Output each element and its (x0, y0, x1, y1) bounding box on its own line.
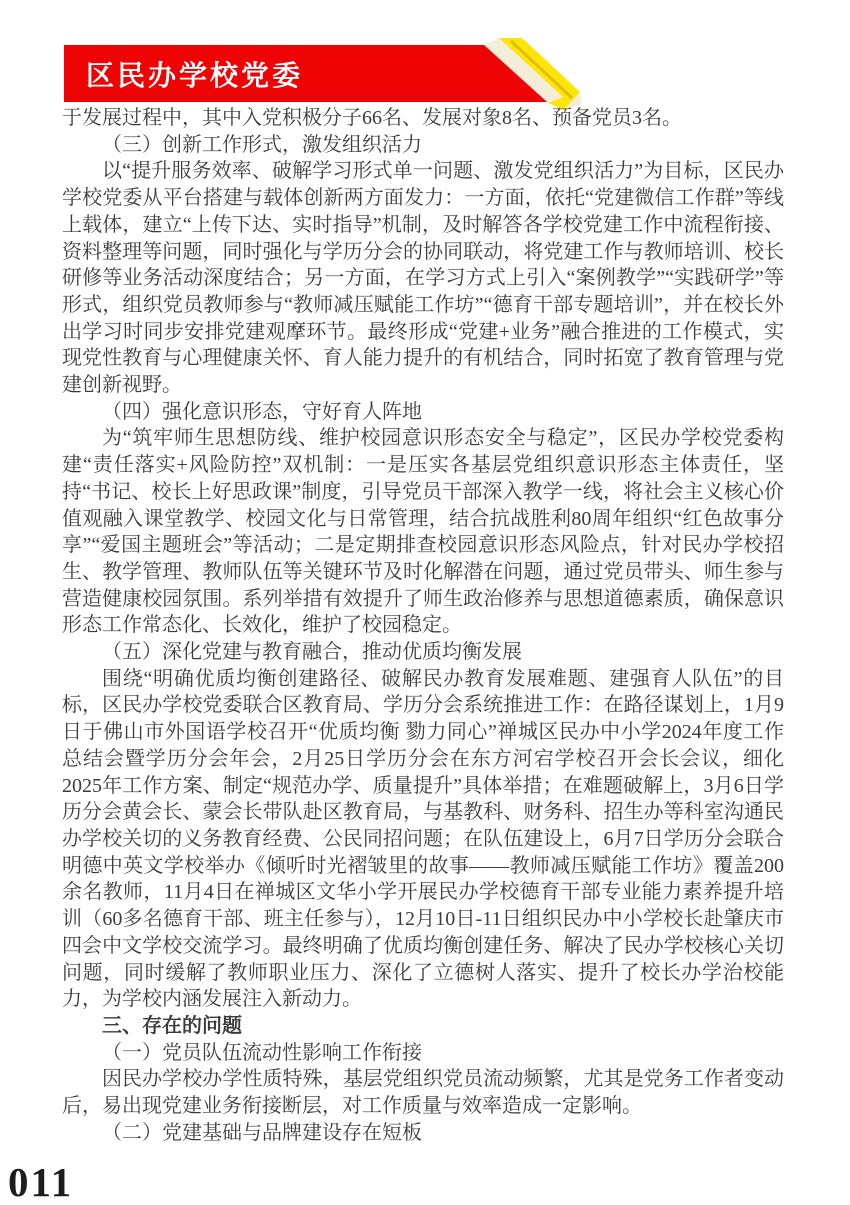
paragraph: （五）深化党建与教育融合，推动优质均衡发展 (62, 639, 784, 666)
paragraph: 为“筑牢师生思想防线、维护校园意识形态安全与稳定”，区民办学校党委构建“责任落实… (62, 425, 784, 639)
paragraph: 于发展过程中，其中入党积极分子66名、发展对象8名、预备党员3名。 (62, 105, 784, 132)
paragraph: （三）创新工作形式，激发组织活力 (62, 132, 784, 159)
report-page: 区民办学校党委 于发展过程中，其中入党积极分子66名、发展对象8名、预备党员3名… (0, 0, 850, 1205)
paragraph: （一）党员队伍流动性影响工作衔接 (62, 1040, 784, 1067)
paragraph: 围绕“明确优质均衡创建路径、破解民办教育发展难题、建强育人队伍”的目标，区民办学… (62, 666, 784, 1013)
paragraph: （四）强化意识形态，守好育人阵地 (62, 399, 784, 426)
section-title: 区民办学校党委 (64, 45, 484, 102)
paragraph: 以“提升服务效率、破解学习形式单一问题、激发党组织活力”为目标，区民办学校党委从… (62, 158, 784, 398)
paragraph: 三、存在的问题 (62, 1013, 784, 1040)
body-text: 于发展过程中，其中入党积极分子66名、发展对象8名、预备党员3名。（三）创新工作… (62, 105, 784, 1146)
paragraph: （二）党建基础与品牌建设存在短板 (62, 1120, 784, 1147)
page-number: 011 (8, 1158, 73, 1205)
paragraph: 因民办学校办学性质特殊，基层党组织党员流动频繁，尤其是党务工作者变动后，易出现党… (62, 1066, 784, 1119)
